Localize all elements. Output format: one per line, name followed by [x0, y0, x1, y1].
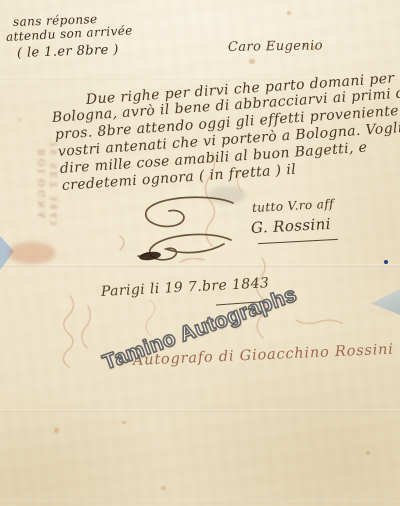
fold-crease — [0, 264, 400, 267]
fold-crease — [0, 409, 400, 412]
postmark-line: BOLOGNA — [37, 129, 49, 241]
signature: G. Rossini — [251, 215, 332, 237]
closing: tutto V.ro aff — [252, 197, 335, 215]
foxing-spot — [18, 118, 22, 122]
fold-crease — [0, 500, 400, 503]
foxing-spot — [366, 451, 370, 455]
foxing-spot — [161, 486, 166, 490]
foxing-spot — [287, 11, 291, 15]
foxing-spot — [311, 46, 316, 50]
letter-photo: BOLOGNA 26 SET 1843 sans réponse attendu… — [0, 0, 400, 506]
fold-crease — [112, 0, 114, 506]
blue-speck — [384, 260, 388, 264]
foxing-spot — [303, 44, 306, 47]
gray-smudge — [208, 186, 246, 204]
foxing-spot — [54, 428, 59, 433]
foxing-spot — [122, 421, 126, 424]
annotation-line: ( le 1.er 8bre ) — [17, 42, 119, 61]
signature-underline — [258, 239, 338, 245]
foxing-spot — [249, 59, 255, 64]
salmon-smudge — [8, 242, 56, 264]
dateline: Parigi li 19 7.bre 1843 — [101, 275, 270, 300]
right-edge-fold — [371, 288, 400, 316]
fold-crease — [282, 0, 284, 506]
salutation: Caro Eugenio — [228, 38, 323, 55]
